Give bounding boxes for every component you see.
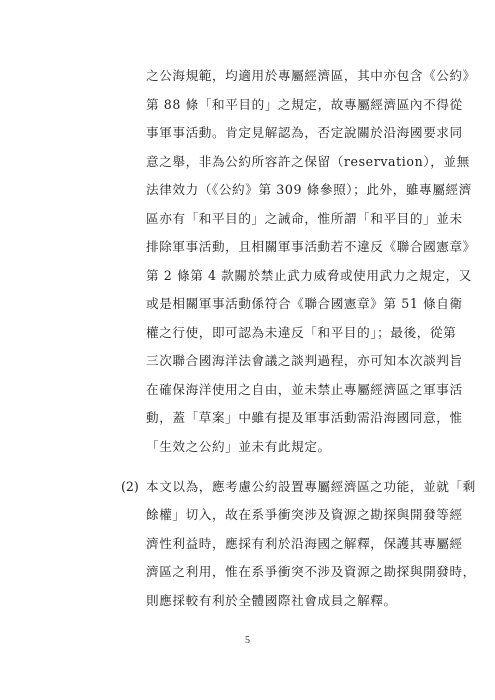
- text-line: 則應採較有利於全體國際社會成員之解釋。: [146, 593, 397, 609]
- text-line: 第 88 條「和平目的」之規定，故專屬經濟區內不得從: [146, 97, 463, 113]
- text-line: 法律效力（《公約》第 309 條參照）；此外，雖專屬經濟: [146, 182, 472, 198]
- text-line: 本文以為，應考慮公約設置專屬經濟區之功能，並就「剩: [146, 479, 476, 495]
- text-line: 餘權」切入，故在系爭衝突涉及資源之勘探與開發等經: [146, 507, 463, 523]
- list-marker: (2): [121, 479, 139, 495]
- text-line: 三次聯合國海洋法會議之談判過程，亦可知本次談判旨: [146, 353, 463, 369]
- text-line: 或是相關軍事活動係符合《聯合國憲章》第 51 條自衛: [146, 296, 463, 312]
- text-line: 濟區之利用，惟在系爭衝突不涉及資源之勘探與開發時，: [146, 564, 476, 580]
- text-line: 排除軍事活動，且相關軍事活動若不違反《聯合國憲章》: [146, 239, 476, 255]
- page-number: 5: [0, 635, 495, 646]
- text-line: 在確保海洋使用之自由，並未禁止專屬經濟區之軍事活: [146, 382, 463, 398]
- text-line: 區亦有「和平目的」之誡命，惟所謂「和平目的」並未: [146, 211, 463, 227]
- text-line: 第 2 條第 4 款關於禁止武力威脅或使用武力之規定，又: [146, 268, 472, 284]
- text-line: 濟性利益時，應採有利於沿海國之解釋，保護其專屬經: [146, 536, 463, 552]
- text-line: 「生效之公約」並未有此規定。: [146, 439, 331, 455]
- text-line: 動，蓋「草案」中雖有提及軍事活動需沿海國同意，惟: [146, 410, 463, 426]
- text-line: 之公海規範，均適用於專屬經濟區，其中亦包含《公約》: [146, 68, 476, 84]
- document-page: 之公海規範，均適用於專屬經濟區，其中亦包含《公約》 第 88 條「和平目的」之規…: [0, 0, 495, 700]
- text-line: 權之行使，即可認為未違反「和平目的」；最後，從第: [146, 325, 456, 341]
- text-line: 意之舉，非為公約所容許之保留（reservation），並無: [146, 154, 470, 170]
- text-line: 事軍事活動。肯定見解認為，否定說關於沿海國要求同: [146, 125, 463, 141]
